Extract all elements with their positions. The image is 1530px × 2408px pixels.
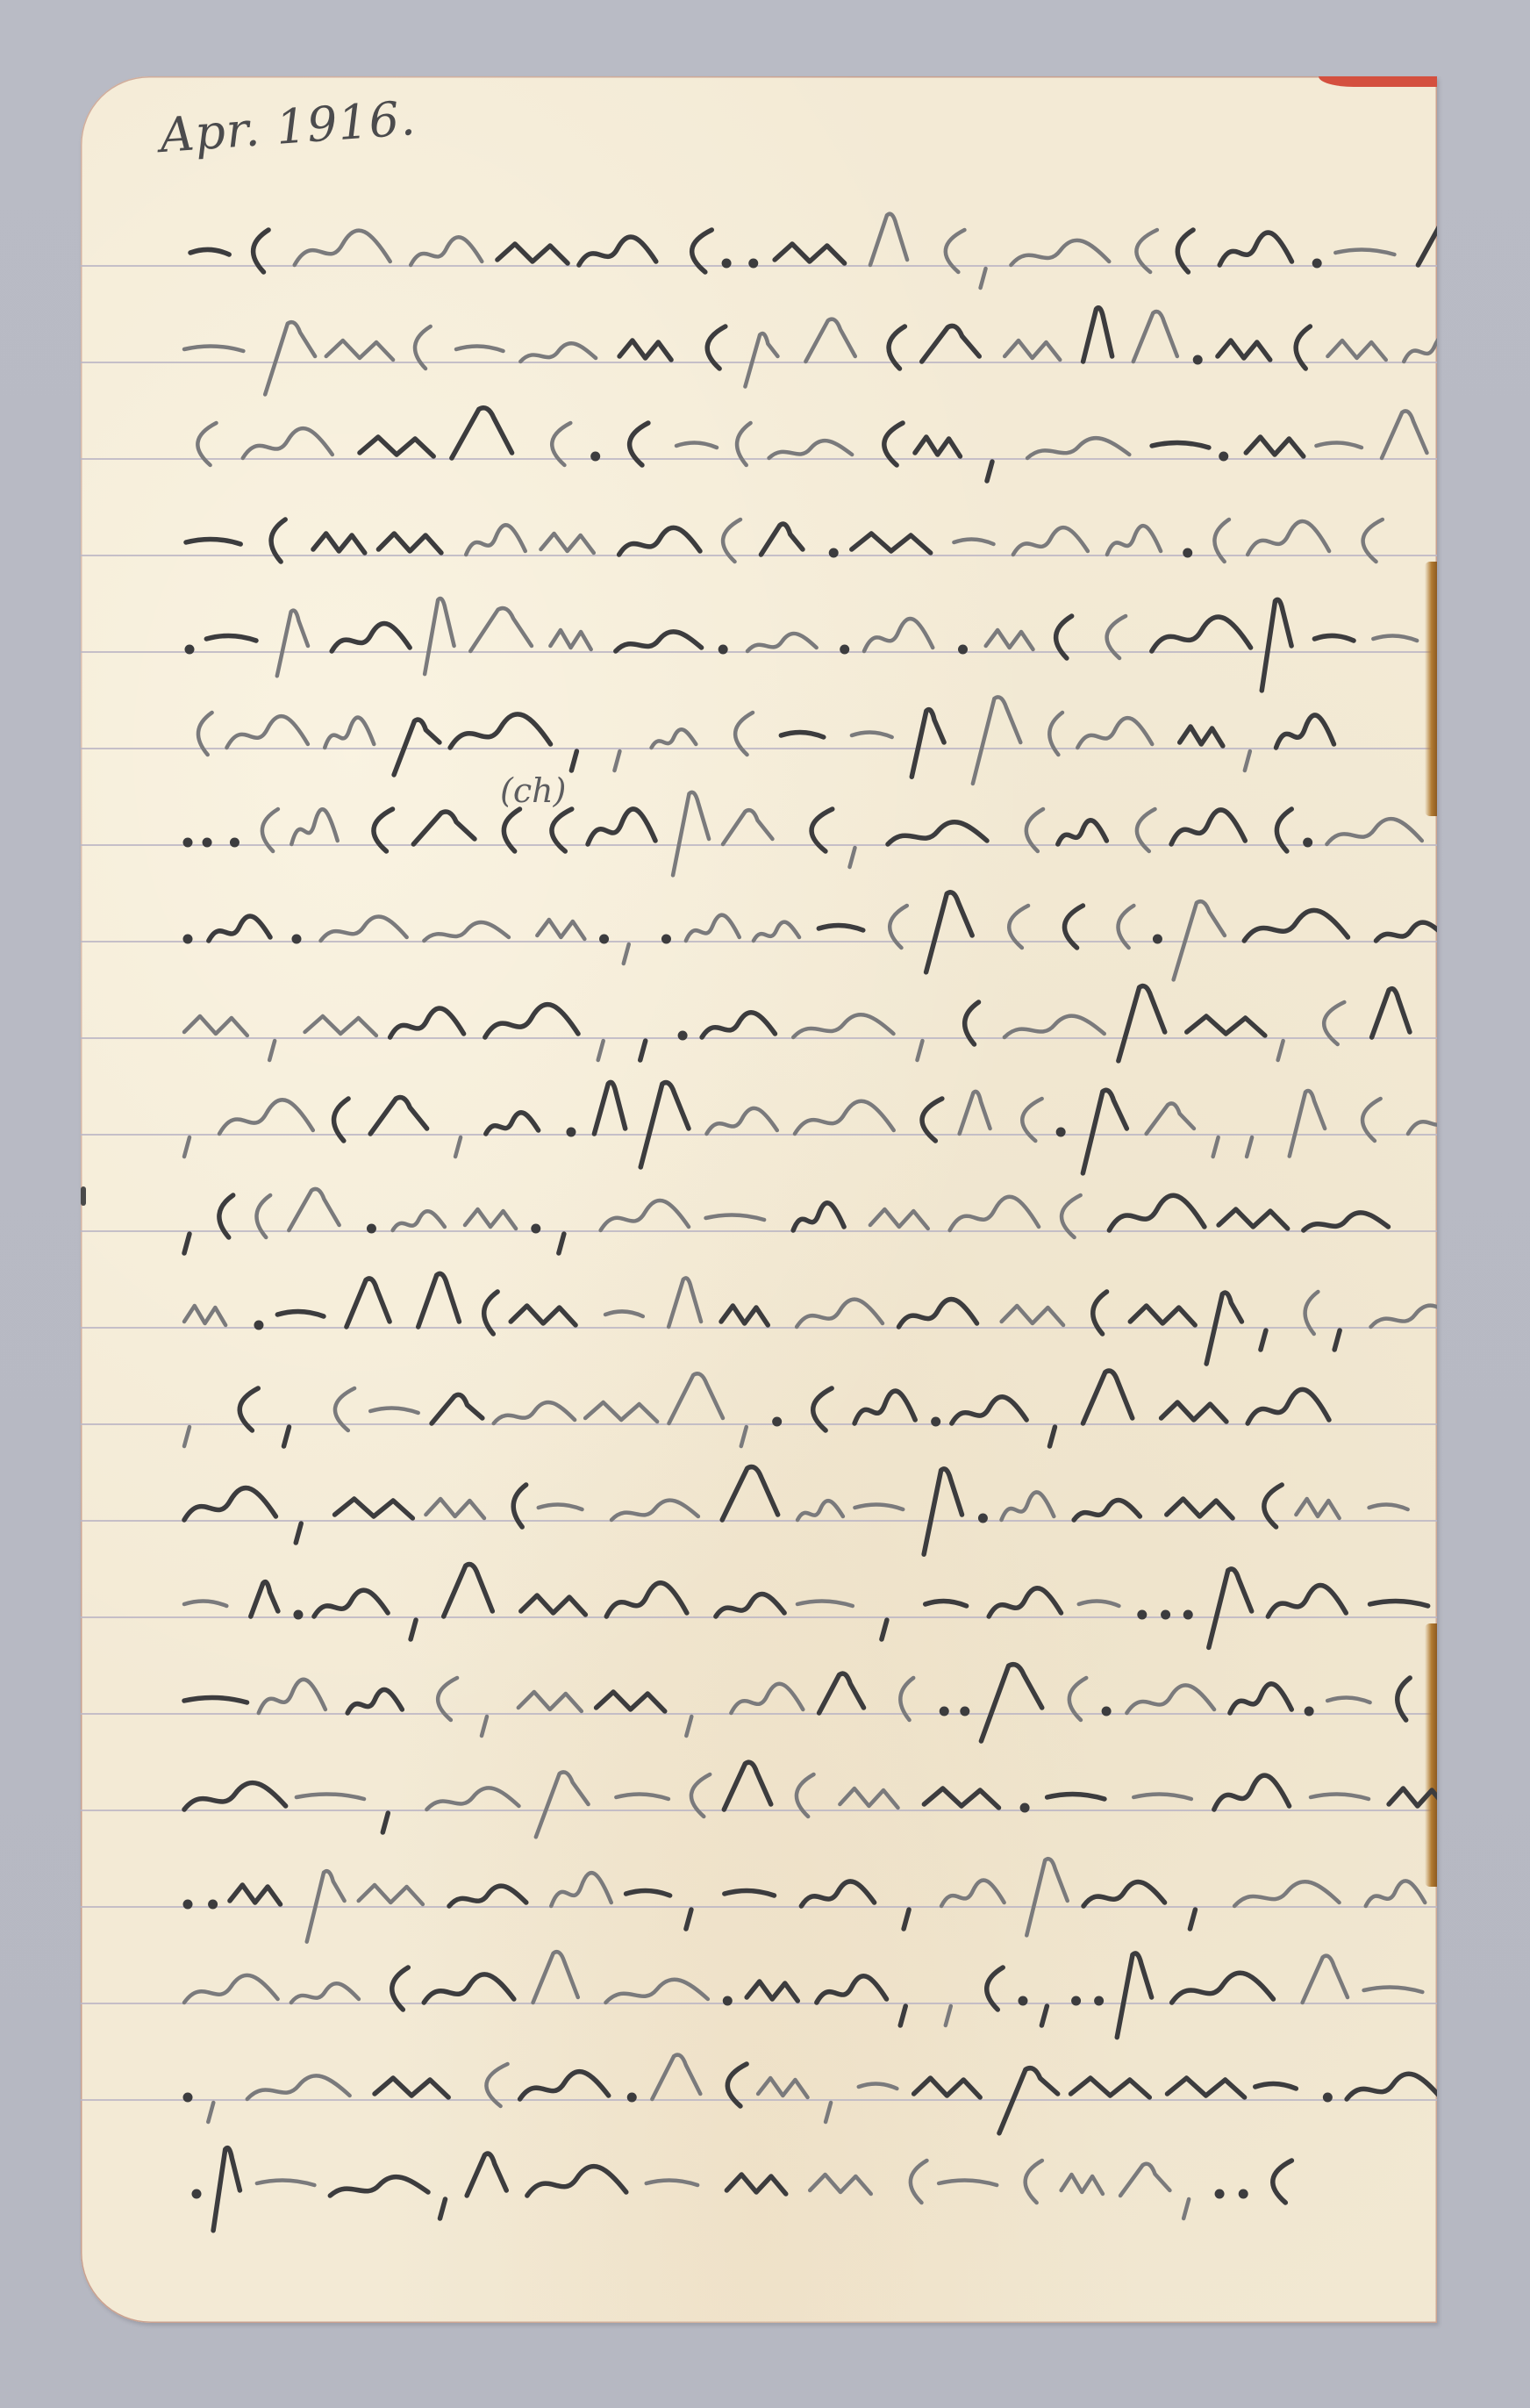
shorthand-line — [81, 296, 1437, 392]
shorthand-line — [81, 1165, 1437, 1261]
shorthand-line — [81, 971, 1437, 1068]
shorthand-line — [81, 1840, 1437, 1937]
shorthand-line — [81, 199, 1437, 296]
shorthand-line — [81, 778, 1437, 875]
shorthand-line — [81, 1647, 1437, 1744]
shorthand-line — [81, 489, 1437, 585]
shorthand-line — [81, 1744, 1437, 1840]
scan-background: Apr. 1916. (ch) — [0, 0, 1530, 2408]
shorthand-line — [81, 2130, 1437, 2226]
header-date: Apr. 1916. — [158, 90, 418, 163]
shorthand-line — [81, 392, 1437, 489]
shorthand-line — [81, 1551, 1437, 1647]
shorthand-line — [81, 1454, 1437, 1551]
shorthand-line — [81, 585, 1437, 682]
shorthand-line — [81, 875, 1437, 971]
notebook-page: Apr. 1916. (ch) — [81, 76, 1437, 2323]
shorthand-line — [81, 1358, 1437, 1454]
shorthand-line — [81, 1261, 1437, 1358]
red-page-edge — [1319, 76, 1437, 87]
shorthand-line — [81, 682, 1437, 778]
shorthand-line — [81, 2033, 1437, 2130]
shorthand-line — [81, 1068, 1437, 1165]
shorthand-line — [81, 1937, 1437, 2033]
